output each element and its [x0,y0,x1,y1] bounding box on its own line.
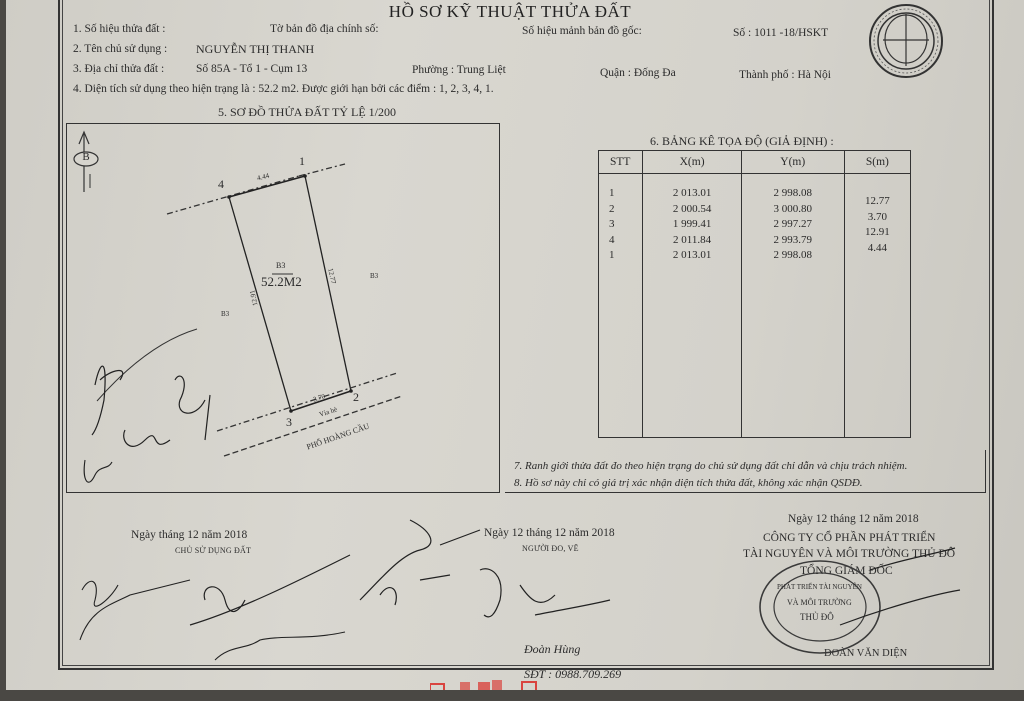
stt-column: 1 2 3 4 1 [599,174,643,438]
surveyor-role: NGƯỜI ĐO, VẼ [522,544,579,553]
parcel-number-label: 1. Số hiệu thửa đất : [73,23,165,35]
table-cell: 2 997.27 [743,217,843,233]
y-column: 2 998.08 3 000.80 2 997.27 2 993.79 2 99… [741,174,844,438]
ward: Phường : Trung Liệt [412,64,506,76]
coordinates-table: STT X(m) Y(m) S(m) 1 2 3 4 1 2 013.01 2 … [598,150,911,438]
point-4-label: 4 [218,177,224,192]
owner-label: 2. Tên chủ sử dụng : [73,43,167,55]
header-stt: STT [599,151,643,174]
table-cell: 2 998.08 [743,186,843,202]
sketch-title: 5. SƠ ĐỒ THỬA ĐẤT TỶ LỆ 1/200 [218,105,396,120]
table-cell: 2 998.08 [743,248,843,264]
owner-date: Ngày tháng 12 năm 2018 [131,529,247,541]
table-cell: 1 [609,186,641,202]
table-cell: 4 [609,233,641,249]
surveyor-date: Ngày 12 tháng 12 năm 2018 [484,527,615,539]
city: Thành phố : Hà Nội [739,69,831,81]
company-logo-icon [865,2,947,80]
table-cell: 1 999.41 [644,217,739,233]
page-edge-shadow [0,0,6,701]
parcel-sketch: 1 2 3 4 4.44 12.77 12.91 3.70 B3 52.2M2 … [66,123,500,493]
table-cell: 12.91 [846,225,909,241]
address-value: Số 85A - Tổ 1 - Cụm 13 [196,63,307,75]
parcel-code: B3 [276,261,285,270]
table-cell: 2 000.54 [644,202,739,218]
table-cell: 2 011.84 [644,233,739,249]
table-cell: 3 000.80 [743,202,843,218]
table-cell: 2 [609,202,641,218]
x-column: 2 013.01 2 000.54 1 999.41 2 011.84 2 01… [643,174,741,438]
table-cell: 3.70 [846,210,909,226]
point-3-label: 3 [286,415,292,430]
record-number: Số : 1011 -18/HSKT [733,27,828,39]
point-2-label: 2 [353,390,359,405]
header-y: Y(m) [741,151,844,174]
background-surface [0,690,1024,701]
parcel-drawing [67,124,499,492]
seal-text-3: THỦ ĐÔ [800,612,834,622]
note-7: 7. Ranh giới thửa đất đo theo hiện trạng… [514,460,907,472]
neighbor-left-label: B3 [221,310,229,318]
point-1-label: 1 [299,154,305,169]
company-name-line1: CÔNG TY CỔ PHẦN PHÁT TRIỂN [763,532,935,544]
table-cell: 4.44 [846,241,909,257]
note-8: 8. Hồ sơ này chỉ có giá trị xác nhận diệ… [514,477,863,489]
surveyor-name: Đoàn Hùng [524,642,580,657]
s-column: 12.77 3.70 12.91 4.44 [844,174,910,438]
document-title: HỒ SƠ KỸ THUẬT THỬA ĐẤT [320,2,700,22]
parcel-area: 52.2M2 [261,274,302,290]
area-statement: 4. Diện tích sử dụng theo hiện trạng là … [73,83,494,95]
table-cell: 2 013.01 [644,186,739,202]
header-s: S(m) [844,151,910,174]
map-sheet-label: Tờ bản đồ địa chính số: [270,23,379,35]
owner-name: NGUYỄN THỊ THANH [196,42,314,57]
table-cell: 12.77 [846,194,909,210]
document-page: HỒ SƠ KỸ THUẬT THỬA ĐẤT 1. Số hiệu thửa … [0,0,1024,701]
neighbor-right-label: B3 [370,272,378,280]
header-x: X(m) [643,151,741,174]
coordinates-title: 6. BẢNG KÊ TỌA ĐỘ (GIẢ ĐỊNH) : [650,134,834,149]
owner-role: CHỦ SỬ DỤNG ĐẤT [175,546,251,555]
address-label: 3. Địa chỉ thửa đất : [73,63,164,75]
table-cell: 2 013.01 [644,248,739,264]
seal-text-1: PHÁT TRIỂN TÀI NGUYÊN [777,583,862,591]
table-cell: 3 [609,217,641,233]
district: Quận : Đống Đa [600,67,676,79]
seal-text-2: VÀ MÔI TRƯỜNG [787,598,852,607]
table-cell: 1 [609,248,641,264]
north-label: B [79,151,93,163]
table-cell: 2 993.79 [743,233,843,249]
original-map-label: Số hiệu mảnh bản đồ gốc: [522,25,642,37]
company-date: Ngày 12 tháng 12 năm 2018 [788,513,919,525]
